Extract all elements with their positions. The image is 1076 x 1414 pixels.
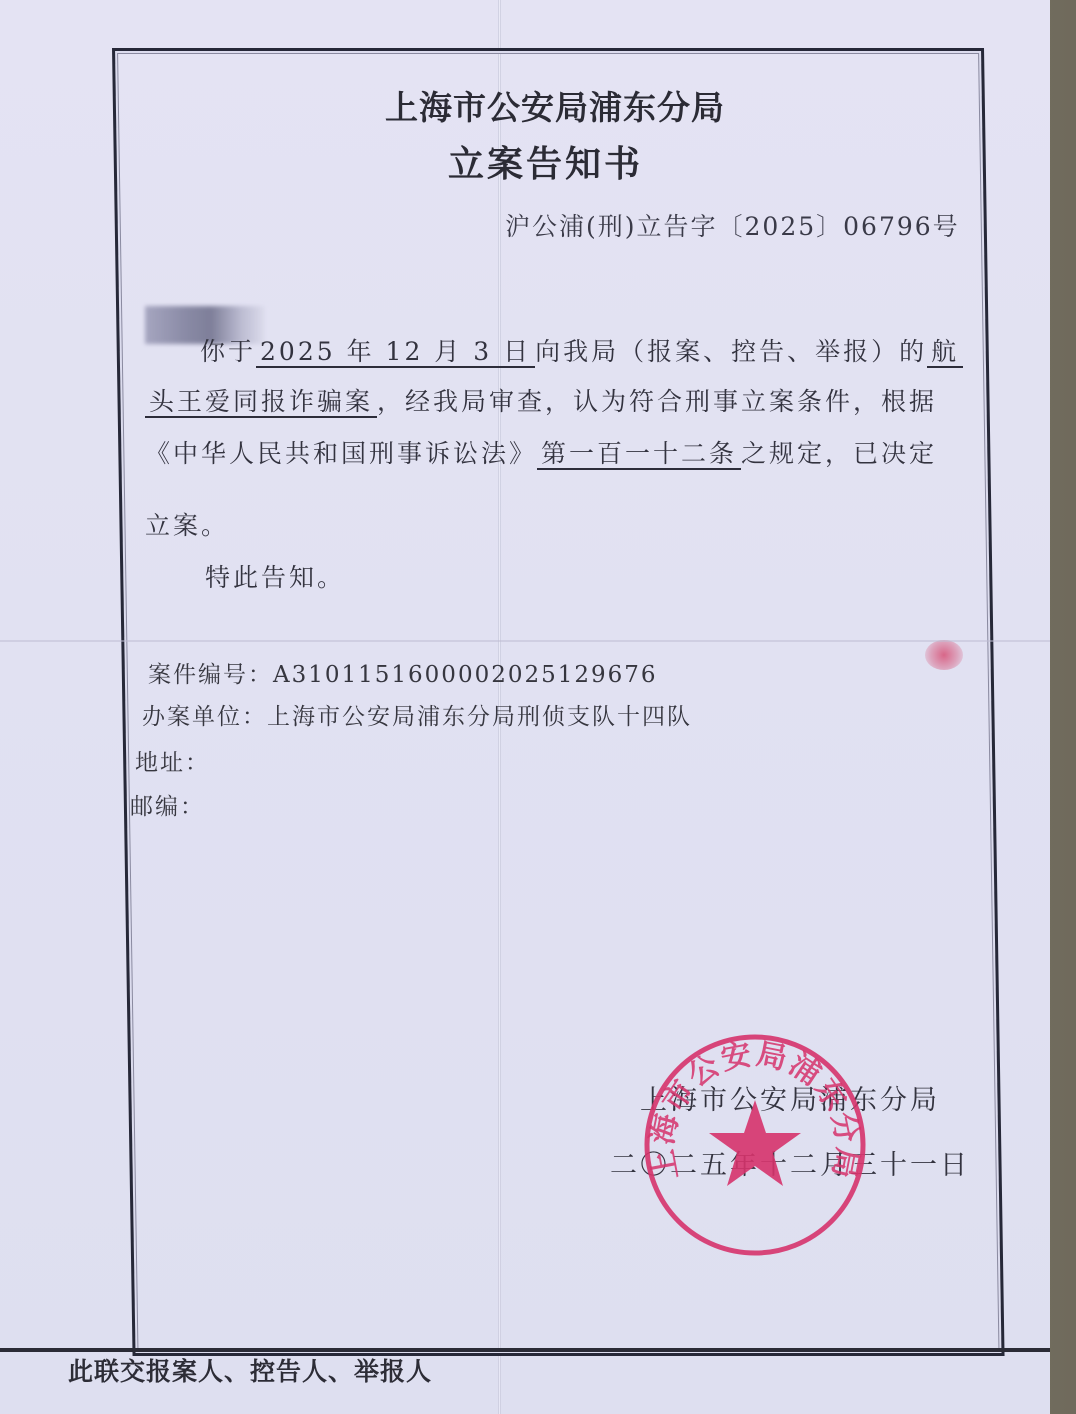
body-review-text: ，经我局审查，认为符合刑事立案条件，根据 [377,387,937,416]
body-line-3: 《中华人民共和国刑事诉讼法》第一百一十二条之规定，已决定 [145,434,937,470]
body-line-1: 你于2025 年 12 月 3 日向我局（报案、控告、举报）的航 [200,332,963,368]
issuer-heading: 上海市公安局浦东分局 [385,82,725,129]
closing-text: 特此告知。 [205,558,345,594]
case-number-label: 案件编号： [148,662,273,688]
address-label: 地址： [135,750,210,776]
body-prefix: 你于 [200,337,256,366]
body-report-type: 向我局（报案、控告、举报）的 [535,337,927,366]
document-title: 立案告知书 [448,136,643,187]
address-row: 地址： [135,744,210,777]
document-paper: 上海市公安局浦东分局 立案告知书 沪公浦(刑)立告字〔2025〕06796号 你… [0,0,1050,1414]
postcode-label: 邮编： [130,794,205,820]
report-date: 2025 年 12 月 3 日 [256,337,535,368]
handling-unit-row: 办案单位：上海市公安局浦东分局刑侦支队十四队 [142,698,692,731]
official-seal-icon: 上海市公安局浦东分局 [640,1030,870,1260]
handling-unit-value: 上海市公安局浦东分局刑侦支队十四队 [267,704,692,730]
case-number-value: A3101151600002025129676 [273,662,658,688]
document-number: 沪公浦(刑)立告字〔2025〕06796号 [505,207,960,243]
case-name: 头王爱同报诈骗案 [145,387,377,418]
body-decision-text: 之规定，已决定 [741,439,937,468]
law-article: 第一百一十二条 [537,439,741,470]
footer-note: 此联交报案人、控告人、举报人 [68,1352,432,1388]
postcode-row: 邮编： [130,788,205,821]
handling-unit-label: 办案单位： [142,704,267,730]
body-line-2: 头王爱同报诈骗案，经我局审查，认为符合刑事立案条件，根据 [145,382,937,418]
body-line-4: 立案。 [145,506,229,542]
ink-stain [925,640,963,670]
case-name-start: 航 [927,337,963,368]
case-number-row: 案件编号：A3101151600002025129676 [148,656,658,689]
law-name: 《中华人民共和国刑事诉讼法》 [145,439,537,468]
